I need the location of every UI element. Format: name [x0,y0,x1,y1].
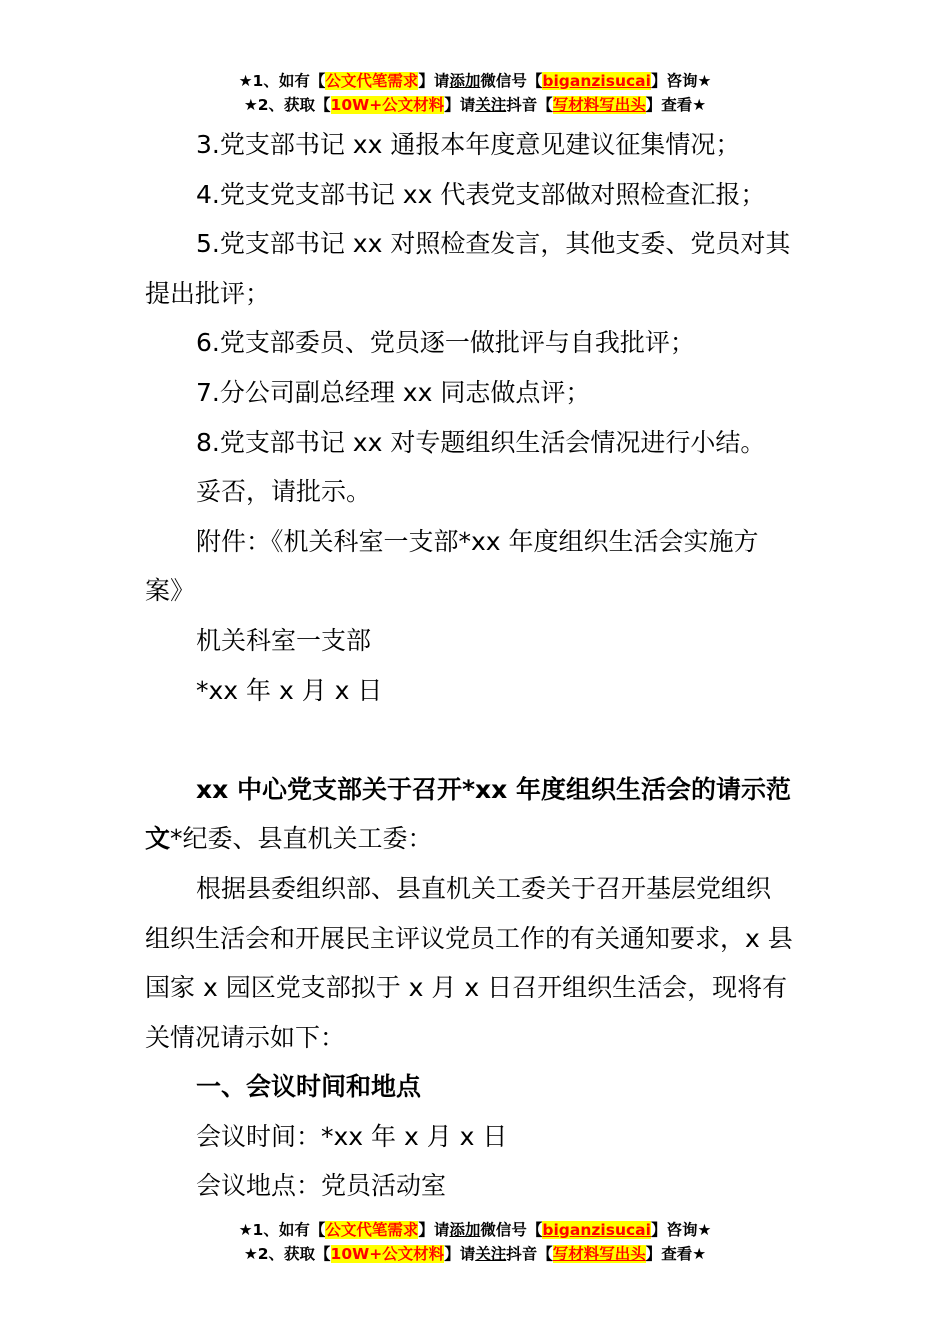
underlined-action: 关注 [475,96,506,114]
star-icon: ★ [697,1221,711,1239]
agenda-item-6: 6.党支部委员、党员逐一做批评与自我批评； [145,318,810,368]
addressee-line: 文*纪委、县直机关工委： [145,814,810,864]
star-icon: ★ [239,1221,253,1239]
star-icon: ★ [244,96,258,114]
meeting-time: 会议时间：*xx 年 x 月 x 日 [145,1112,810,1162]
star-icon: ★ [692,1245,706,1263]
highlight-materials: 10W+公文材料 [331,1245,445,1263]
promo-text: 1、如有【 [253,1221,326,1239]
promo-line-1: ★1、如有【公文代笔需求】请添加微信号【biganzisucai】咨询★ [0,69,950,93]
promo-text: 】请 [418,72,449,90]
promo-text: 2、获取【 [258,1245,331,1263]
promo-text: 2、获取【 [258,96,331,114]
star-icon: ★ [692,96,706,114]
underlined-action: 添加 [449,72,480,90]
second-document-title: xx 中心党支部关于召开*xx 年度组织生活会的请示范 [145,765,810,815]
promo-line-2: ★2、获取【10W+公文材料】请关注抖音【写材料写出头】查看★ [0,93,950,117]
promo-text: 抖音【 [506,1245,553,1263]
star-icon: ★ [697,72,711,90]
closing-request: 妥否，请批示。 [145,467,810,517]
agenda-item-8: 8.党支部书记 xx 对专题组织生活会情况进行小结。 [145,418,810,468]
promo-text: 】咨询 [651,72,698,90]
meeting-place: 会议地点：党员活动室 [145,1161,810,1211]
attachment-line: 附件：《机关科室一支部*xx 年度组织生活会实施方 [145,517,810,567]
underlined-action: 添加 [449,1221,480,1239]
agenda-item-4: 4.党支党支部书记 xx 代表党支部做对照检查汇报； [145,170,810,220]
body-paragraph-line: 组织生活会和开展民主评议党员工作的有关通知要求，x 县 [145,914,810,964]
promo-text: 】咨询 [651,1221,698,1239]
highlight-service: 公文代笔需求 [325,1221,418,1239]
promo-text: 抖音【 [506,96,553,114]
section-heading: 一、会议时间和地点 [145,1062,810,1112]
promo-line-2: ★2、获取【10W+公文材料】请关注抖音【写材料写出头】查看★ [0,1242,950,1266]
promo-banner-bottom: ★1、如有【公文代笔需求】请添加微信号【biganzisucai】咨询★ ★2、… [0,1218,950,1266]
wechat-id-link[interactable]: biganzisucai [542,1221,651,1239]
star-icon: ★ [239,72,253,90]
highlight-materials: 10W+公文材料 [331,96,445,114]
attachment-line-continued: 案》 [145,566,810,616]
promo-text: 】查看 [646,1245,693,1263]
promo-text: 】请 [444,1245,475,1263]
promo-text: 】查看 [646,96,693,114]
addressee: *纪委、县直机关工委： [170,824,433,853]
promo-text: 微信号【 [480,1221,542,1239]
wechat-id-link[interactable]: biganzisucai [542,72,651,90]
second-document-title-end: 文 [145,824,170,853]
blank-line [145,715,810,765]
document-page: 3.党支部书记 xx 通报本年度意见建议征集情况； 4.党支党支部书记 xx 代… [145,120,810,1211]
promo-banner-top: ★1、如有【公文代笔需求】请添加微信号【biganzisucai】咨询★ ★2、… [0,69,950,117]
body-paragraph-line: 关情况请示如下： [145,1013,810,1063]
promo-text: 微信号【 [480,72,542,90]
promo-text: 】请 [444,96,475,114]
agenda-item-3: 3.党支部书记 xx 通报本年度意见建议征集情况； [145,120,810,170]
signature-organization: 机关科室一支部 [145,616,810,666]
agenda-item-5-continued: 提出批评； [145,269,810,319]
highlight-service: 公文代笔需求 [325,72,418,90]
underlined-action: 关注 [475,1245,506,1263]
promo-line-1: ★1、如有【公文代笔需求】请添加微信号【biganzisucai】咨询★ [0,1218,950,1242]
signature-date: *xx 年 x 月 x 日 [145,666,810,716]
promo-text: 1、如有【 [253,72,326,90]
douyin-account-link[interactable]: 写材料写出头 [553,96,646,114]
agenda-item-5: 5.党支部书记 xx 对照检查发言，其他支委、党员对其 [145,219,810,269]
body-paragraph-line: 国家 x 园区党支部拟于 x 月 x 日召开组织生活会，现将有 [145,963,810,1013]
agenda-item-7: 7.分公司副总经理 xx 同志做点评； [145,368,810,418]
promo-text: 】请 [418,1221,449,1239]
star-icon: ★ [244,1245,258,1263]
body-paragraph-line: 根据县委组织部、县直机关工委关于召开基层党组织 [145,864,810,914]
douyin-account-link[interactable]: 写材料写出头 [553,1245,646,1263]
